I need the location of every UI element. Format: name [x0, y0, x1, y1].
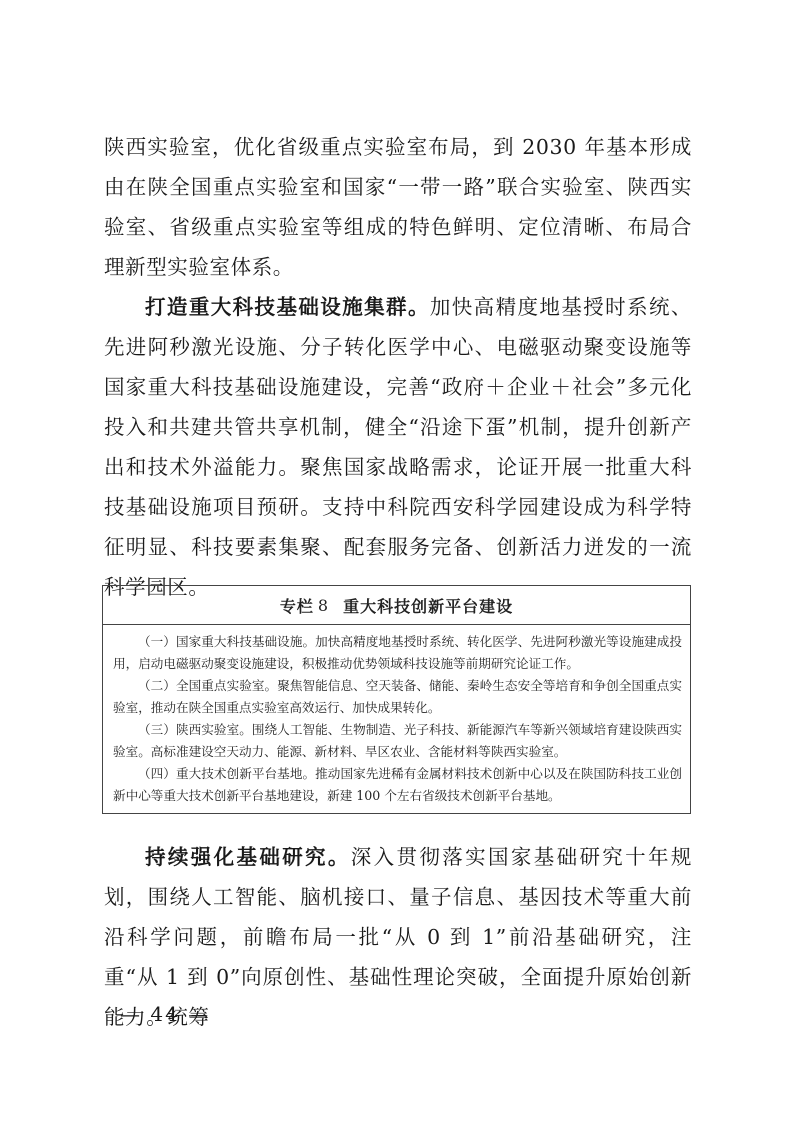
box-item-lead: （一）国家重大科技基础设施。 [138, 634, 315, 649]
box-number: 8 [318, 596, 329, 615]
box-title: 重大科技创新平台建设 [343, 594, 513, 617]
box-item-lead: （四）重大技术创新平台基地。 [138, 766, 315, 781]
paragraph-lead: 打造重大科技基础设施集群。 [145, 295, 430, 319]
box-item: （二）全国重点实验室。聚焦智能信息、空天装备、储能、秦岭生态安全等培育和争创全国… [113, 675, 682, 719]
box-item-lead: （二）全国重点实验室。 [138, 678, 277, 693]
sidebar-box-column-8: 专栏 8 重大科技创新平台建设 （一）国家重大科技基础设施。加快高精度地基授时系… [102, 585, 691, 814]
page-number: — 44 — [120, 1002, 210, 1026]
paragraph-lead: 持续强化基础研究。 [145, 845, 351, 869]
box-body: （一）国家重大科技基础设施。加快高精度地基授时系统、转化医学、先进阿秒激光等设施… [103, 625, 690, 807]
paragraph-infrastructure: 打造重大科技基础设施集群。加快高精度地基授时系统、先进阿秒激光设施、分子转化医学… [104, 287, 692, 607]
paragraph-lab-system: 陕西实验室，优化省级重点实验室布局，到 2030 年基本形成由在陕全国重点实验室… [104, 127, 692, 287]
box-item: （一）国家重大科技基础设施。加快高精度地基授时系统、转化医学、先进阿秒激光等设施… [113, 631, 682, 675]
paragraph-text: 加快高精度地基授时系统、先进阿秒激光设施、分子转化医学中心、电磁驱动聚变设施等国… [104, 295, 692, 599]
box-item: （四）重大技术创新平台基地。推动国家先进稀有金属材料技术创新中心以及在陕国防科技… [113, 763, 682, 807]
box-label: 专栏 [280, 594, 314, 617]
box-header: 专栏 8 重大科技创新平台建设 [103, 586, 690, 625]
paragraph-text: 陕西实验室，优化省级重点实验室布局，到 2030 年基本形成由在陕全国重点实验室… [104, 135, 692, 279]
box-item: （三）陕西实验室。围绕人工智能、生物制造、光子科技、新能源汽车等新兴领域培育建设… [113, 719, 682, 763]
box-item-lead: （三）陕西实验室。 [138, 722, 252, 737]
